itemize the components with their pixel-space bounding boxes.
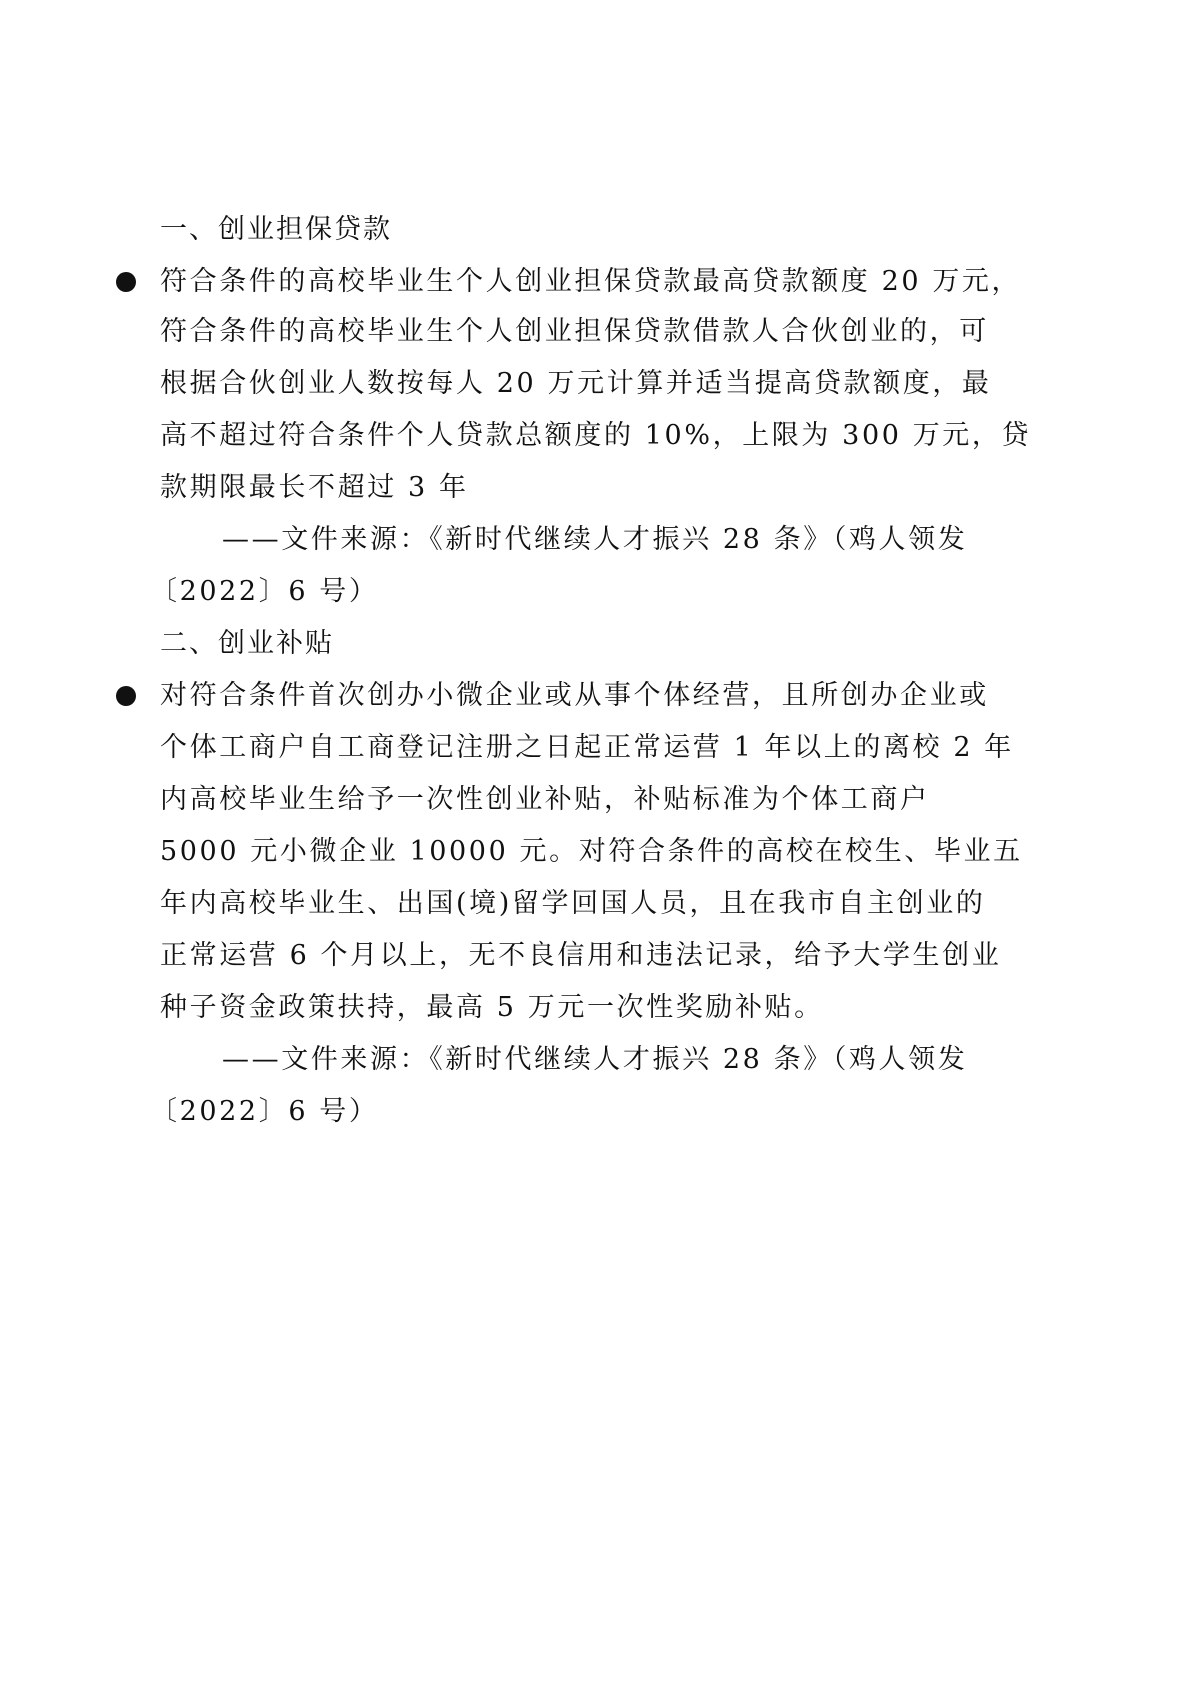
bullet-icon (116, 686, 136, 706)
paragraph-line: 符合条件的高校毕业生个人创业担保贷款借款人合伙创业的，可 (160, 314, 1060, 350)
paragraph-line: 对符合条件首次创办小微企业或从事个体经营，且所创办企业或 (160, 678, 1060, 714)
source-citation: ——文件来源：《新时代继续人才振兴 28 条》（鸡人领发 (222, 1042, 1122, 1078)
paragraph-line: 正常运营 6 个月以上，无不良信用和违法记录，给予大学生创业 (160, 938, 1060, 974)
section-heading-guarantee-loan: 一、创业担保贷款 (160, 212, 1060, 248)
source-citation-continuation: 〔2022〕6 号） (150, 1094, 1050, 1130)
document-page: 一、创业担保贷款 符合条件的高校毕业生个人创业担保贷款最高贷款额度 20 万元，… (0, 0, 1190, 1683)
paragraph-line: 个体工商户自工商登记注册之日起正常运营 1 年以上的离校 2 年 (160, 730, 1060, 766)
source-citation-continuation: 〔2022〕6 号） (150, 574, 1050, 610)
paragraph-line: 符合条件的高校毕业生个人创业担保贷款最高贷款额度 20 万元， (160, 264, 1060, 300)
paragraph-line: 内高校毕业生给予一次性创业补贴，补贴标准为个体工商户 (160, 782, 1060, 818)
bullet-icon (116, 272, 136, 292)
section-heading-startup-subsidy: 二、创业补贴 (160, 626, 1060, 662)
paragraph-line: 根据合伙创业人数按每人 20 万元计算并适当提高贷款额度，最 (160, 366, 1060, 402)
paragraph-line: 高不超过符合条件个人贷款总额度的 10%，上限为 300 万元，贷 (160, 418, 1060, 454)
paragraph-line: 5000 元小微企业 10000 元。对符合条件的高校在校生、毕业五 (160, 834, 1060, 870)
paragraph-line: 款期限最长不超过 3 年 (160, 470, 1060, 506)
source-citation: ——文件来源：《新时代继续人才振兴 28 条》（鸡人领发 (222, 522, 1122, 558)
paragraph-line: 年内高校毕业生、出国(境)留学回国人员，且在我市自主创业的 (160, 886, 1060, 922)
paragraph-line: 种子资金政策扶持，最高 5 万元一次性奖励补贴。 (160, 990, 1060, 1026)
